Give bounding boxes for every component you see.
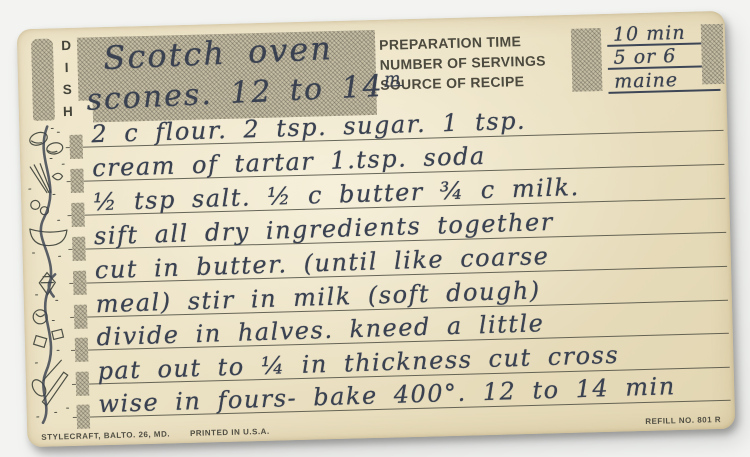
preparation-time-value: 10 min xyxy=(607,23,686,44)
scan-page: { "card": { "dish": ["D", "I", "S", "H"]… xyxy=(0,0,750,457)
source-value: maine xyxy=(608,71,678,92)
dish-label: D I S H xyxy=(55,39,79,120)
header-right-block xyxy=(701,24,725,85)
recipe-line-text: wise in fours- bake 400°. 12 to 14 min xyxy=(72,374,676,417)
card-footer: STYLECRAFT, BALTO. 26, MD. PRINTED IN U.… xyxy=(41,415,721,442)
field-label-source-of-recipe: SOURCE OF RECIPE xyxy=(380,72,570,97)
header-middle-block xyxy=(571,28,603,92)
margin-food-doodle-icon xyxy=(21,124,79,427)
refill-number: REFILL NO. 801 R xyxy=(645,415,721,426)
dish-letter: I xyxy=(65,61,69,75)
title-superscript: m xyxy=(384,69,403,90)
vertical-ink-scrawl xyxy=(35,126,59,422)
header-left-block xyxy=(31,38,55,121)
servings-value: 5 or 6 xyxy=(607,47,676,68)
printed-field-labels: PREPARATION TIME NUMBER OF SERVINGS SOUR… xyxy=(379,32,571,97)
maker-imprint: STYLECRAFT, BALTO. 26, MD. xyxy=(41,429,170,441)
recipe-card: D I S H Scotch oven scones. 12 to 14m PR… xyxy=(17,11,736,447)
dish-letter: S xyxy=(63,83,72,97)
printed-in-usa: PRINTED IN U.S.A. xyxy=(190,427,270,438)
dish-letter: D xyxy=(61,39,71,53)
